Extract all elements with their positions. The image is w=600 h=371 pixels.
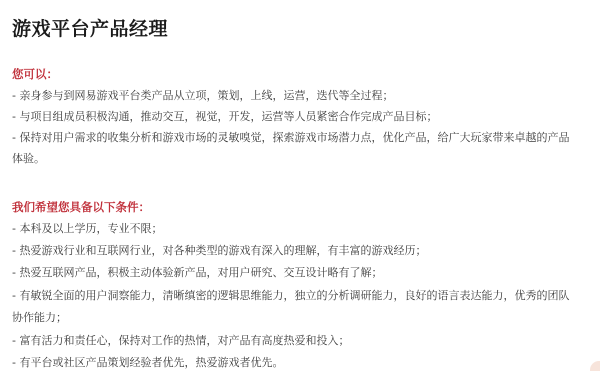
job-title: 游戏平台产品经理 [12, 14, 168, 41]
requirement-item: - 热爱游戏行业和互联网行业，对各种类型的游戏有深入的理解，有丰富的游戏经历； [12, 244, 592, 258]
section-heading-requirements: 我们希望您具备以下条件： [12, 199, 150, 215]
responsibility-item: - 亲身参与到网易游戏平台类产品从立项，策划，上线，运营，迭代等全过程； [12, 89, 592, 103]
requirement-item: - 本科及以上学历，专业不限； [12, 222, 592, 236]
responsibility-item-continuation: 体验。 [12, 152, 592, 166]
section-heading-responsibilities: 您可以： [12, 66, 58, 82]
requirement-item: - 热爱互联网产品，积极主动体验新产品，对用户研究、交互设计略有了解； [12, 266, 592, 280]
requirement-item: - 有平台或社区产品策划经验者优先，热爱游戏者优先。 [12, 356, 592, 370]
requirement-item: - 有敏锐全面的用户洞察能力，清晰缜密的逻辑思维能力，独立的分析调研能力，良好的… [12, 289, 592, 303]
job-posting-page: 游戏平台产品经理 您可以： - 亲身参与到网易游戏平台类产品从立项，策划，上线，… [0, 0, 600, 371]
responsibility-item: - 保持对用户需求的收集分析和游戏市场的灵敏嗅觉，探索游戏市场潜力点，优化产品，… [12, 131, 592, 145]
requirement-item: - 富有活力和责任心，保持对工作的热情，对产品有高度热爱和投入； [12, 334, 592, 348]
requirement-item-continuation: 协作能力； [12, 311, 592, 325]
responsibility-item: - 与项目组成员积极沟通，推动交互，视觉，开发，运营等人员紧密合作完成产品目标； [12, 110, 592, 124]
